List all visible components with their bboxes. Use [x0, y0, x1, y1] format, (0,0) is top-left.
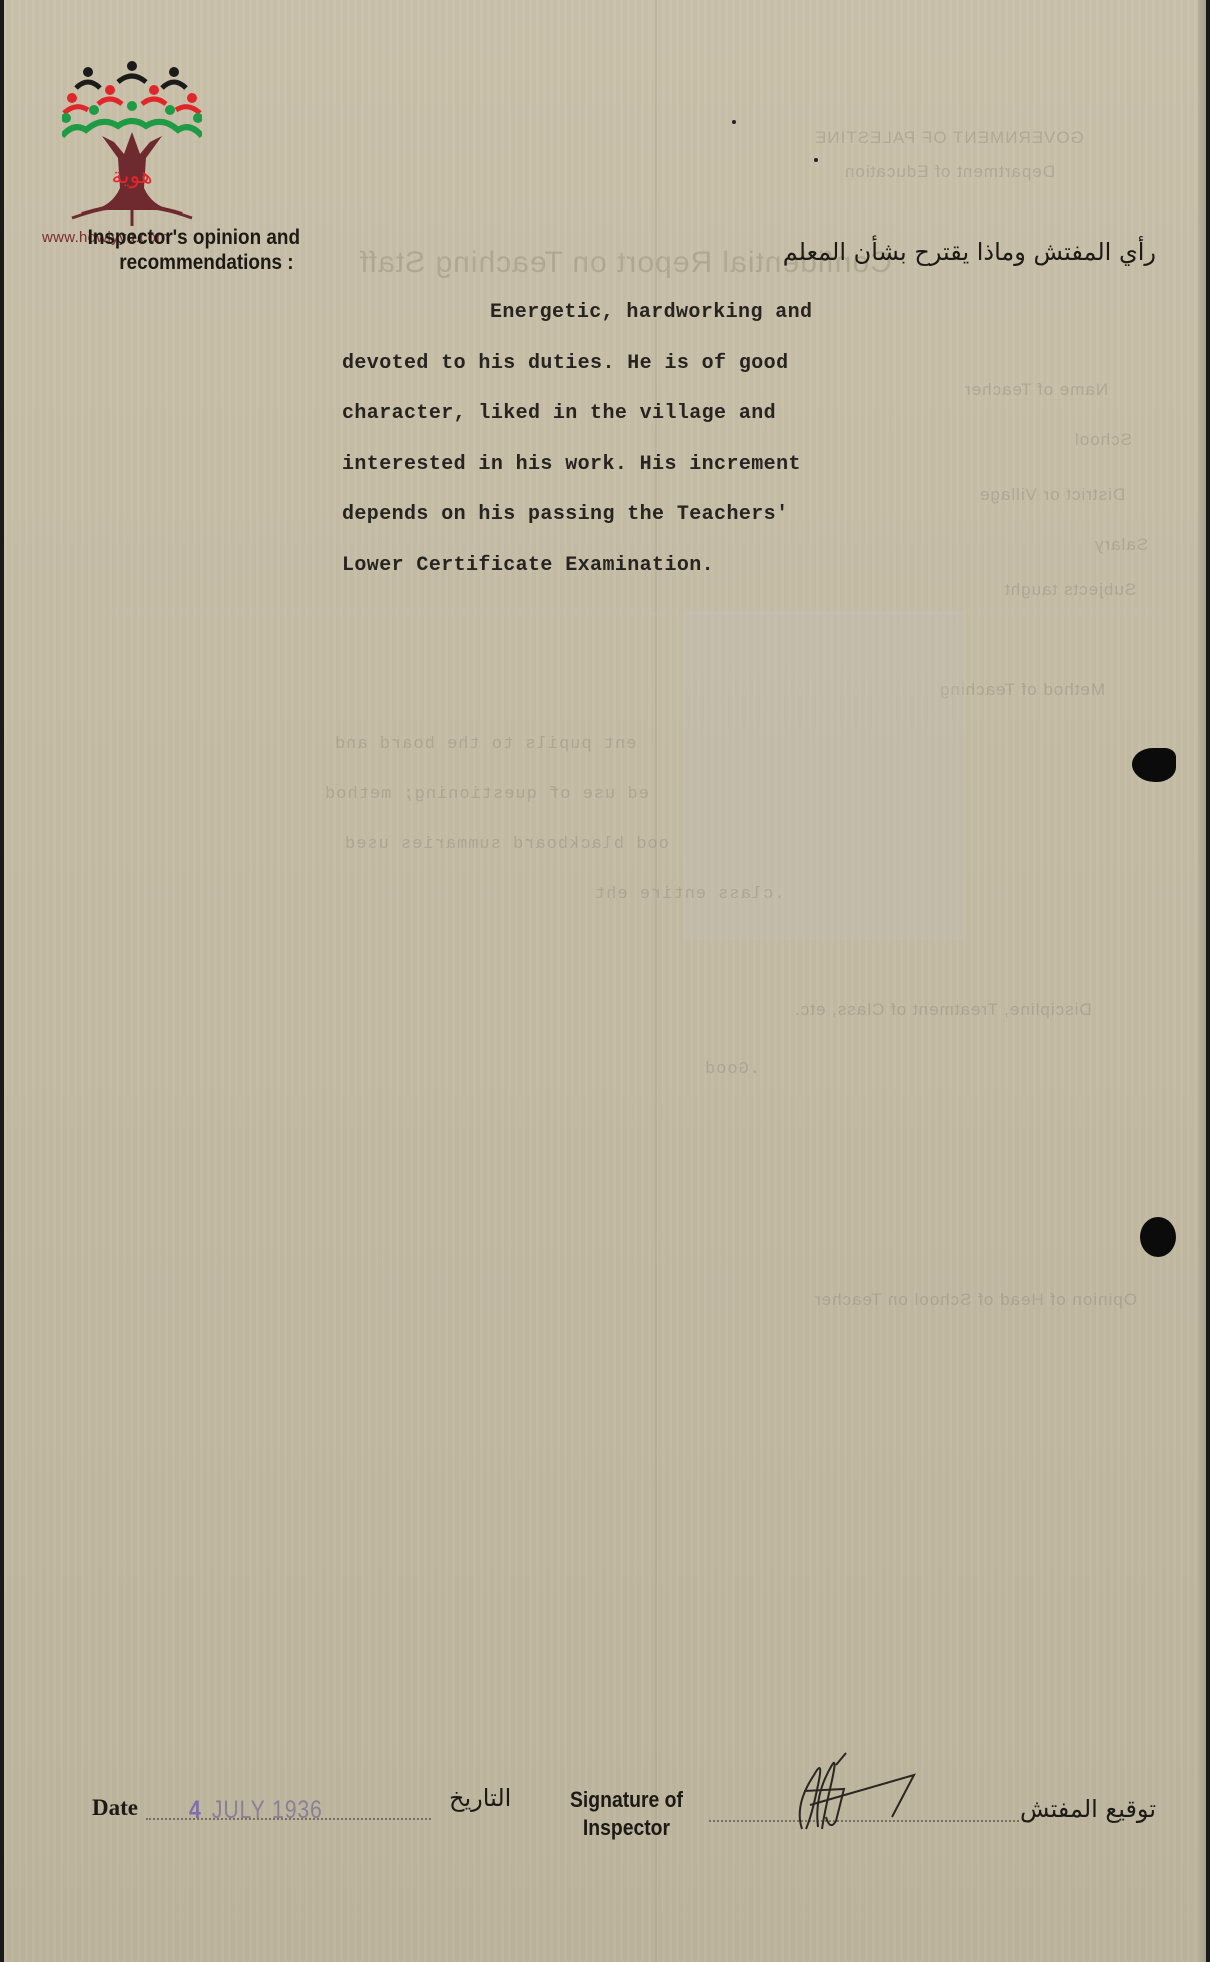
ink-speck — [732, 120, 736, 124]
svg-text:هوية: هوية — [112, 164, 153, 189]
ghost-header-line1: GOVERNMENT OF PALESTINE — [814, 128, 1084, 148]
handwritten-signature-icon — [774, 1745, 944, 1835]
howiyya-tree-logo-icon: هوية — [62, 58, 202, 228]
remarks-line: depends on his passing the Teachers' — [342, 490, 812, 541]
ghost-typed-5: .Good — [704, 1060, 760, 1079]
date-day: 4 — [189, 1796, 202, 1824]
signature-label: Signature of Inspector — [570, 1786, 683, 1842]
page-edge — [1198, 0, 1206, 1962]
ink-blot — [1132, 748, 1176, 782]
label-line2: recommendations : — [84, 250, 300, 275]
label-line1: Inspector's opinion and — [84, 225, 300, 250]
remarks-line: character, liked in the village and — [342, 389, 812, 440]
inspector-remarks-text: Energetic, hardworking and devoted to hi… — [342, 288, 812, 591]
remarks-line: devoted to his duties. He is of good — [342, 339, 812, 390]
signature-label-line2: Inspector — [570, 1814, 683, 1842]
signature-label-line1: Signature of — [570, 1786, 683, 1814]
date-label-arabic: التاريخ — [449, 1784, 511, 1812]
ghost-typed-3: ood blackboard summaries used — [344, 835, 669, 854]
date-label: Date — [92, 1795, 138, 1821]
signature-label-arabic: توقيع المفتش — [1020, 1795, 1156, 1823]
scanned-document-page: GOVERNMENT OF PALESTINE Department of Ed… — [4, 0, 1206, 1962]
ghost-field-name: Name of Teacher — [964, 380, 1108, 400]
remarks-line: Lower Certificate Examination. — [342, 541, 812, 592]
inspector-opinion-label-arabic: رأي المفتش وماذا يقترح بشأن المعلم — [783, 238, 1156, 266]
ghost-field-salary: Salary — [1094, 535, 1148, 555]
ghost-header-line2: Department of Education — [844, 162, 1055, 182]
ghost-field-discipline: Discipline, Treatment of Class, etc. — [794, 1000, 1092, 1020]
ink-speck — [814, 158, 818, 162]
ghost-rule — [104, 612, 1164, 615]
remarks-line: Energetic, hardworking and — [342, 288, 812, 339]
ghost-typed-1: ent pupils to the board and — [334, 735, 636, 754]
remarks-line: interested in his work. His increment — [342, 440, 812, 491]
ghost-field-school: School — [1074, 430, 1132, 450]
date-month-year: JULY 1936 — [212, 1796, 323, 1824]
ghost-field-opinion: Opinion of Head of School on Teacher — [814, 1290, 1137, 1310]
ghost-typed-4: .class entire eht — [594, 885, 784, 904]
ink-blot — [1140, 1217, 1176, 1257]
ghost-field-subjects: Subjects taught — [1004, 580, 1136, 600]
ghost-field-district: District or Village — [979, 485, 1125, 505]
date-stamp: 4JULY 1936 — [189, 1796, 323, 1825]
inspector-opinion-label: Inspector's opinion and recommendations … — [84, 225, 300, 275]
ghost-typed-2: ed use of questioning; method — [324, 785, 649, 804]
